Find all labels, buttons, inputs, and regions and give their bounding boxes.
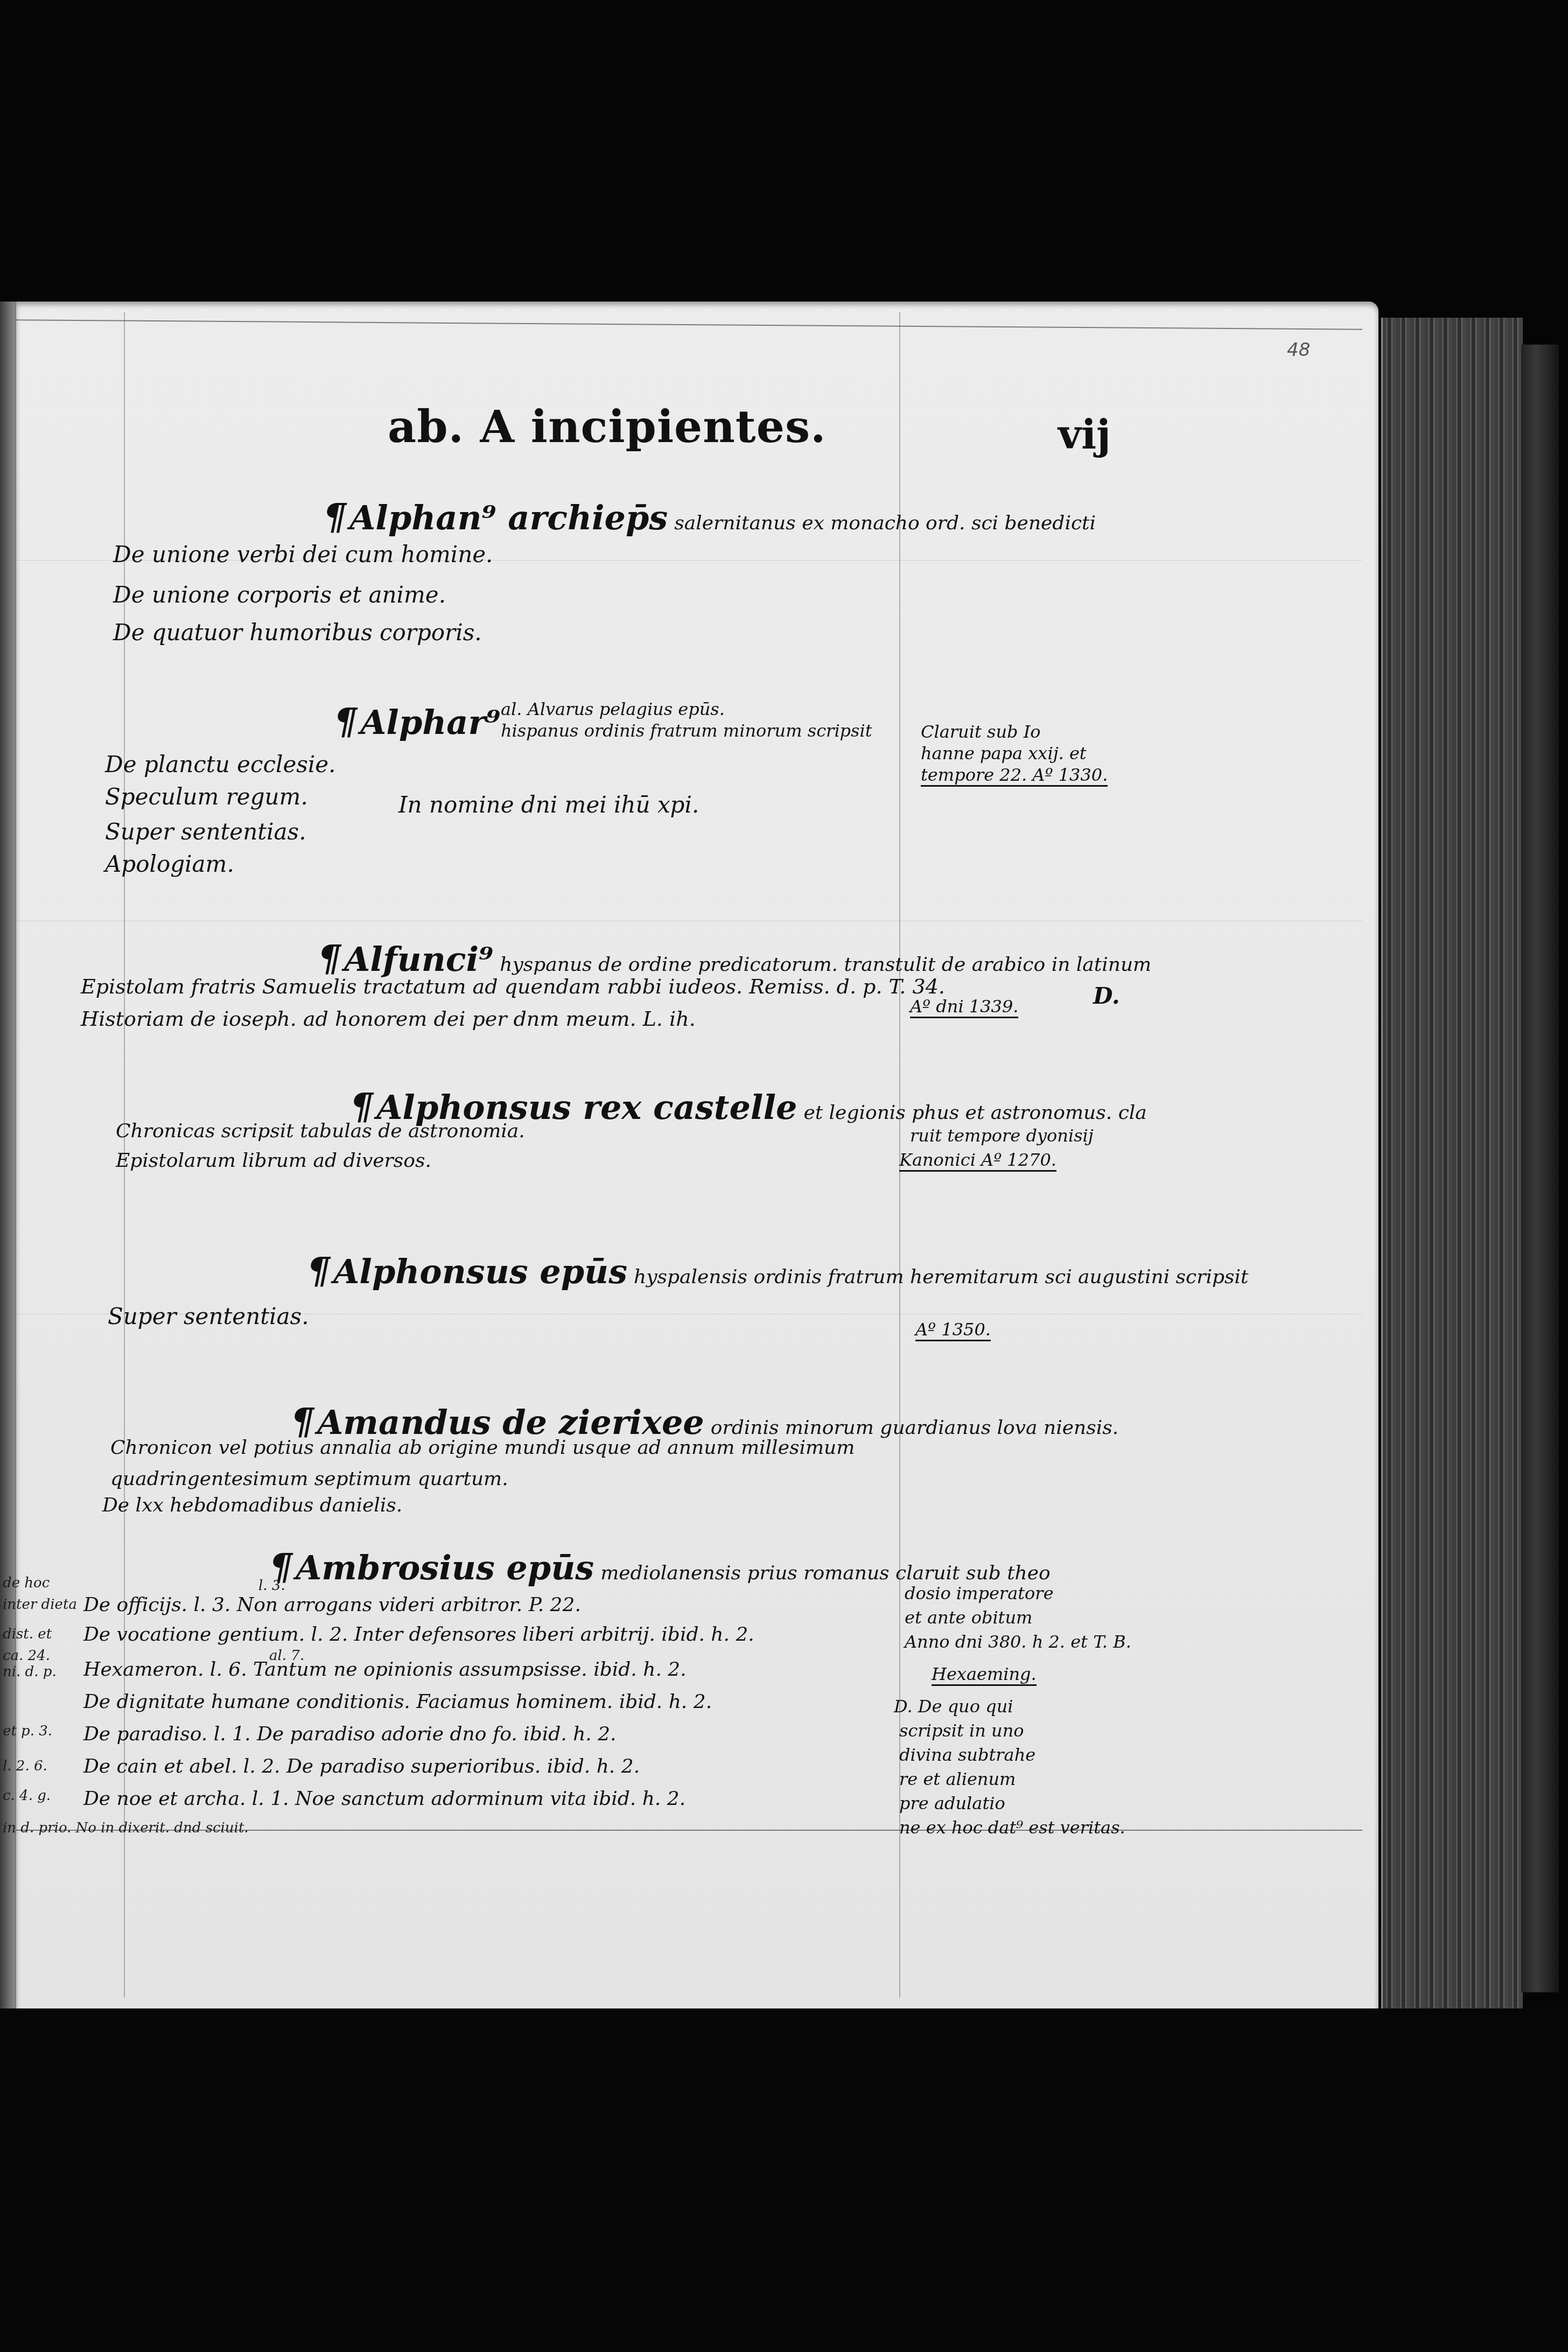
side-note: Kanonici Aº 1270. [899, 1150, 1056, 1172]
work-title: Historiam de ioseph. ad honorem dei per … [81, 1007, 696, 1031]
work-title: Chronicas scripsit tabulas de astronomia… [116, 1120, 525, 1142]
side-note: Anno dni 380. h 2. et T. B. [905, 1632, 1131, 1652]
work-title: De lxx hebdomadibus danielis. [102, 1494, 402, 1516]
work-title: Epistolam fratris Samuelis tractatum ad … [81, 975, 945, 998]
side-note: ne ex hoc dat⁹ est veritas. [899, 1817, 1125, 1838]
left-margin-note: ni. d. p. [3, 1664, 57, 1680]
work-title: Super sententias. [108, 1303, 309, 1329]
work-title: Apologiam. [105, 851, 234, 877]
work-title: De noe et archa. l. 1. Noe sanctum adorm… [83, 1788, 685, 1810]
ruling-top [16, 319, 1362, 330]
entry-gloss: al. Alvarus pelagius epūs. [501, 699, 725, 719]
side-note: Aº dni 1339. [910, 996, 1018, 1018]
side-note: ruit tempore dyonisij [910, 1125, 1094, 1146]
work-title: Epistolarum librum ad diversos. [116, 1150, 431, 1172]
dark-foreground [0, 2008, 1568, 2352]
book-fore-edge [1381, 318, 1523, 2008]
left-margin-note: c. 4. g. [3, 1788, 51, 1804]
running-head: ab. A incipientes. [388, 401, 827, 453]
entry-heading: ¶Alphonsus epūshyspalensis ordinis fratr… [307, 1249, 1248, 1292]
entry-heading: ¶Ambrosius epūsmediolanensis prius roman… [269, 1545, 1051, 1588]
left-margin-note: ca. 24. [3, 1648, 50, 1664]
left-margin-note: l. 2. 6. [3, 1758, 47, 1774]
interlinear-note: l. 3. [258, 1578, 285, 1594]
left-margin-note: inter dieta [3, 1597, 77, 1613]
left-margin-note: de hoc [3, 1575, 50, 1591]
side-note: Aº 1350. [915, 1319, 991, 1341]
work-title: De dignitate humane conditionis. Faciamu… [83, 1691, 712, 1713]
folio-number: vij [1058, 412, 1111, 458]
side-note: D. De quo qui [894, 1696, 1013, 1717]
work-title: De paradiso. l. 1. De paradiso adorie dn… [83, 1723, 617, 1745]
work-title: Chronicon vel potius annalia ab origine … [110, 1432, 918, 1495]
work-title: De unione corporis et anime. [113, 582, 446, 608]
side-note: dosio imperatore [905, 1583, 1054, 1604]
side-note: Claruit sub Io [921, 722, 1041, 742]
work-title: De cain et abel. l. 2. De paradiso super… [83, 1755, 640, 1777]
work-title: Hexameron. l. 6. Tantum ne opinionis ass… [83, 1658, 687, 1681]
pilcrow-icon: ¶ [307, 1249, 330, 1292]
pilcrow-icon: ¶ [334, 700, 357, 743]
pencil-foliation: 48 [1287, 339, 1310, 361]
entry-heading: ¶Alfunci⁹hyspanus de ordine predicatorum… [318, 937, 1151, 980]
side-note: Hexaeming. [932, 1664, 1037, 1686]
work-title: Speculum regum. [105, 783, 308, 810]
pilcrow-icon: ¶ [318, 937, 341, 980]
side-note: et ante obitum [905, 1607, 1032, 1628]
book-cover-edge [1521, 345, 1559, 1992]
side-note: scripsit in uno [899, 1720, 1024, 1741]
work-title: De planctu ecclesie. [105, 751, 335, 778]
side-note: tempore 22. Aº 1330. [921, 765, 1108, 787]
work-title: De unione verbi dei cum homine. [113, 541, 493, 568]
entry-heading: ¶Alphan⁹ archiep̄ssalernitanus ex monach… [323, 495, 1096, 538]
side-note: pre adulatio [899, 1793, 1005, 1814]
incipit: In nomine dni mei ihū xpi. [398, 792, 699, 818]
work-title: De officijs. l. 3. Non arrogans videri a… [83, 1594, 581, 1616]
side-note: divina subtrahe [899, 1745, 1035, 1765]
entry-heading: ¶Alphar⁹ [334, 700, 500, 743]
work-title: De vocatione gentium. l. 2. Inter defens… [83, 1623, 754, 1646]
work-title: De quatuor humoribus corporis. [113, 619, 482, 646]
side-note: hanne papa xxij. et [921, 743, 1087, 764]
faint-rule [16, 921, 1362, 921]
margin-letter: D. [1093, 983, 1120, 1009]
left-margin-note: dist. et [3, 1626, 52, 1642]
side-note: re et alienum [899, 1769, 1016, 1789]
pilcrow-icon: ¶ [323, 495, 346, 538]
entry-gloss: hispanus ordinis fratrum minorum scripsi… [501, 720, 872, 741]
work-title: Super sententias. [105, 818, 306, 845]
left-margin-note: et p. 3. [3, 1723, 52, 1739]
left-margin-note: in d. prio. No in dixerit. dnd sciuit. [3, 1820, 249, 1836]
